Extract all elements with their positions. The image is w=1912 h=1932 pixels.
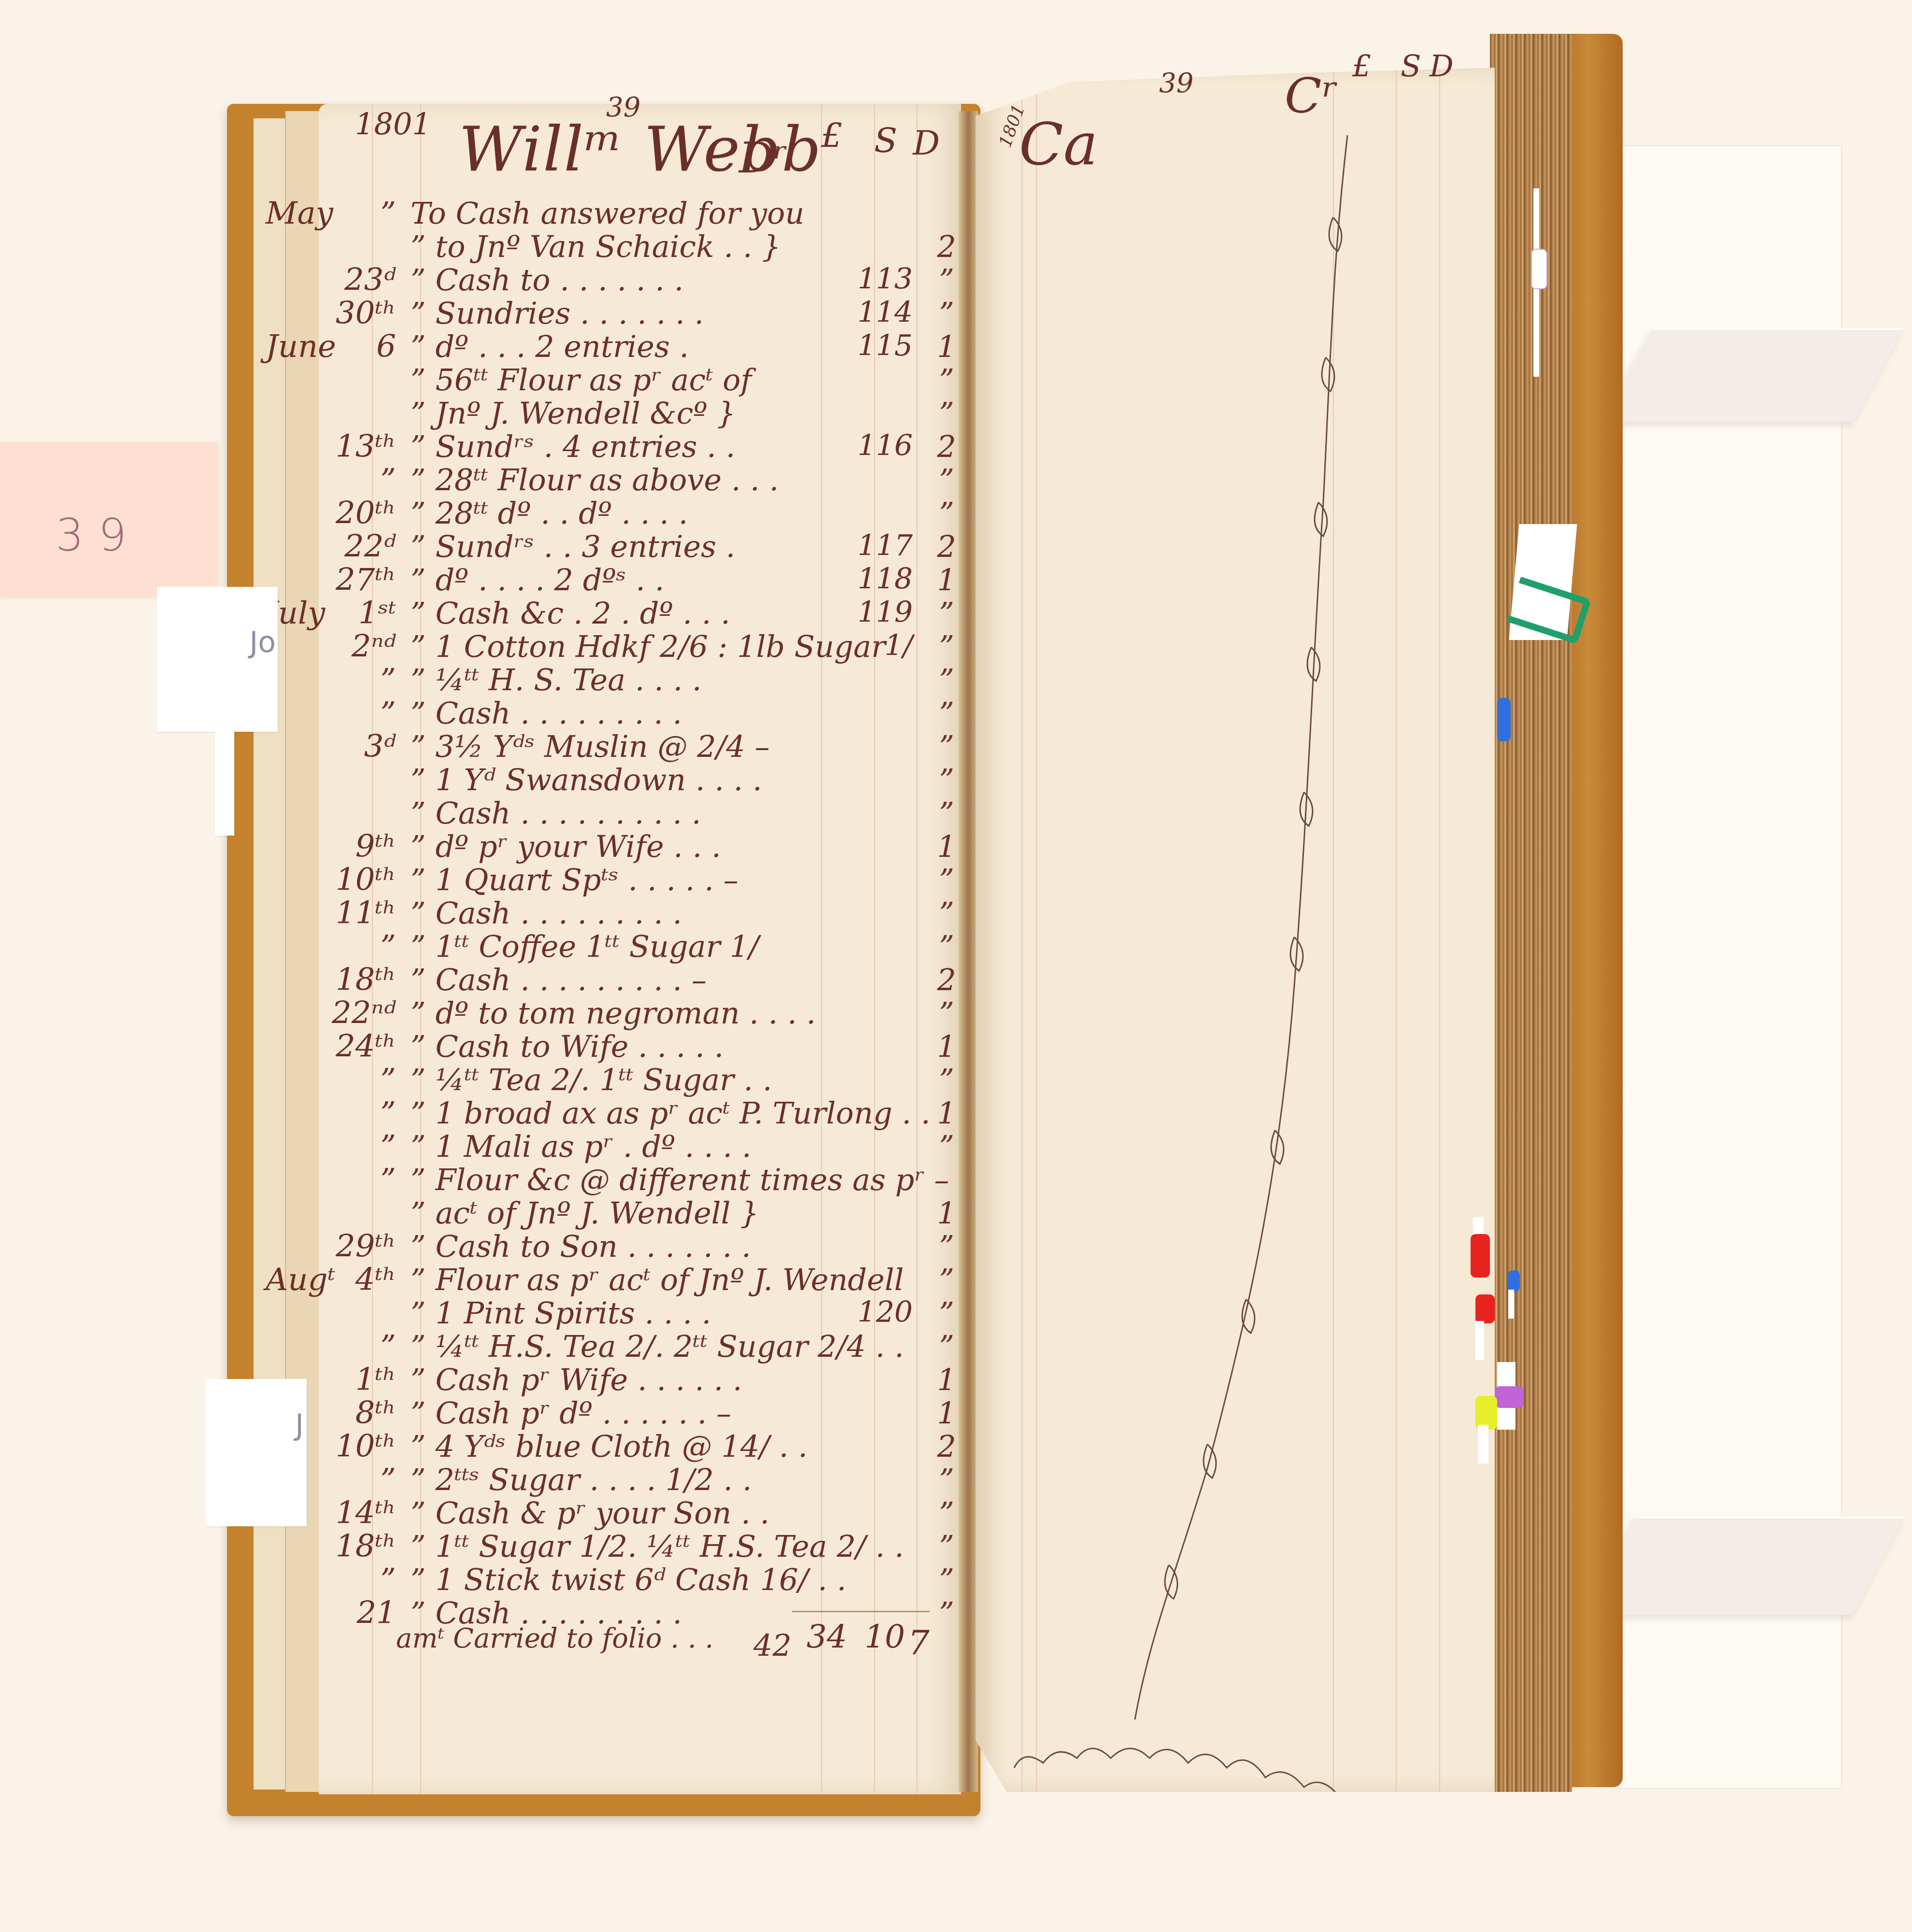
entry-description: ” 1 Quart Spᵗˢ . . . . . –	[411, 862, 738, 897]
entry-description: ” 28ᵗᵗ Flour as above . . .	[411, 462, 779, 497]
blue-clip-icon-2	[1508, 1270, 1520, 1292]
entry-description: ” dº pʳ your Wife . . .	[411, 829, 721, 864]
entry-description: ” 1 Mali as pʳ . dº . . . .	[411, 1129, 751, 1164]
sticky-note: 39	[0, 442, 217, 597]
entry-description: To Cash answered for you	[411, 196, 805, 231]
entry-day: 1ˢᵗ	[328, 596, 396, 631]
entry-description: ” Cash to . . . . . . .	[411, 262, 683, 298]
entry-day: 1ᵗʰ	[328, 1362, 396, 1398]
red-clip-icon	[1471, 1234, 1490, 1278]
debit-label: Dʳ	[739, 133, 788, 183]
display-stand-shelf-top	[1603, 328, 1904, 422]
entry-description: ” dº . . . . 2 dºˢ . .	[411, 562, 664, 597]
entry-day: 10ᵗʰ	[328, 862, 396, 898]
red-clip-icon-2	[1475, 1294, 1495, 1323]
pounds-header: £	[821, 116, 843, 156]
entry-description: ” dº . . . 2 entries .	[411, 329, 689, 364]
total-pence: 7	[908, 1623, 930, 1662]
entry-description: ” Cash & pʳ your Son . .	[411, 1495, 769, 1531]
entry-day: 21	[328, 1595, 396, 1631]
entry-description: ” ¼ᵗᵗ H.S. Tea 2/. 2ᵗᵗ Sugar 2/4 . .	[411, 1329, 904, 1364]
blue-clip-flag	[1508, 1290, 1514, 1319]
entry-day: ”	[328, 1062, 396, 1098]
entry-description: ” 1ᵗᵗ Sugar 1/2. ¼ᵗᵗ H.S. Tea 2/ . .	[411, 1529, 904, 1564]
display-stand-shelf-bottom	[1582, 1517, 1905, 1615]
entry-folio: 116	[850, 429, 913, 463]
entry-day: 30ᵗʰ	[328, 296, 396, 331]
entry-day: 6	[328, 329, 396, 365]
entry-folio: 120	[850, 1295, 913, 1329]
paper-tab-upper: Jo	[157, 587, 278, 732]
entry-description: ” Jnº J. Wendell &cº }	[411, 396, 736, 431]
entry-day: 11ᵗʰ	[328, 895, 396, 931]
entry-description: ” 4 Yᵈˢ blue Cloth @ 14/ . .	[411, 1429, 807, 1464]
paper-tab-upper-label: Jo	[250, 625, 276, 659]
entry-description: ” Cash pʳ Wife . . . . . .	[411, 1362, 742, 1397]
total-pounds: 34	[807, 1618, 847, 1655]
paper-tab-lower: J	[205, 1379, 307, 1526]
entry-description: ” Cash to Wife . . . . .	[411, 1029, 723, 1064]
entry-description: ” 1ᵗᵗ Coffee 1ᵗᵗ Sugar 1/	[411, 929, 759, 964]
total-rule	[792, 1611, 930, 1612]
entry-description: ” Cash &c . 2 . dº . . .	[411, 596, 730, 631]
paper-tab-lower-label: J	[295, 1408, 304, 1442]
entry-description: ” Cash . . . . . . . . .	[411, 696, 682, 731]
cancellation-flourish	[976, 68, 1495, 1792]
white-clip-icon	[1531, 249, 1547, 289]
entry-day: 27ᵗʰ	[328, 562, 396, 598]
entry-description: ” Flour &c @ different times as pʳ –	[411, 1162, 949, 1197]
entry-folio: 1/	[850, 629, 913, 663]
total-folio: 42	[753, 1628, 792, 1663]
entry-day: 3ᵈ	[328, 729, 396, 765]
blue-clip-icon	[1497, 698, 1511, 741]
entry-day: ”	[328, 1095, 396, 1131]
entry-description: ” ¼ᵗᵗ Tea 2/. 1ᵗᵗ Sugar . .	[411, 1062, 772, 1097]
entry-day: ”	[328, 1562, 396, 1598]
entry-description: ” ¼ᵗᵗ H. S. Tea . . . .	[411, 662, 702, 697]
ledger-entries: May”To Cash answered for you” to Jnº Van…	[246, 196, 971, 1741]
entry-description: ” 1 broad ax as pʳ acᵗ P. Turlong . .	[411, 1095, 930, 1131]
entry-description: ” Flour as pʳ acᵗ of Jnº J. Wendell	[411, 1262, 904, 1297]
entry-day: ”	[328, 462, 396, 498]
entry-day: 10ᵗʰ	[328, 1429, 396, 1464]
entry-folio: 114	[850, 296, 913, 329]
entry-day: 22ⁿᵈ	[328, 995, 396, 1031]
entry-description: ” Cash . . . . . . . . .	[411, 895, 682, 931]
entry-day: 29ᵗʰ	[328, 1229, 396, 1264]
entry-folio: 119	[850, 596, 913, 629]
sticky-note-label: 39	[56, 510, 141, 561]
left-page-content: 1801 39 Willᵐ Webb Dʳ £ S D May”To Cash …	[309, 97, 985, 1787]
entry-day: 18ᵗʰ	[328, 1529, 396, 1564]
entry-description: ” 1 Pint Spirits . . . .	[411, 1295, 711, 1331]
right-page-content: 1801 Ca 39 Cʳ £ S D	[976, 68, 1495, 1792]
entry-description: ” Cash pʳ dº . . . . . . –	[411, 1395, 731, 1431]
entry-folio: 118	[850, 562, 913, 596]
paper-tab-upper-strip	[215, 724, 234, 836]
entry-day: ”	[328, 1462, 396, 1498]
entry-day: 8ᵗʰ	[328, 1395, 396, 1431]
entry-day: 9ᵗʰ	[328, 829, 396, 865]
entry-folio: 117	[850, 529, 913, 563]
entry-day: 14ᵗʰ	[328, 1495, 396, 1531]
entry-description: ” 1 Yᵈ Swansdown . . . .	[411, 762, 762, 797]
entry-description: ” Sundʳˢ . . 3 entries .	[411, 529, 735, 564]
entry-day: 4ᵗʰ	[328, 1262, 396, 1298]
entry-day: ”	[328, 1162, 396, 1198]
entry-day: 13ᵗʰ	[328, 429, 396, 465]
entry-description: ” 1 Stick twist 6ᵈ Cash 16/ . .	[411, 1562, 846, 1597]
entry-day: 2ⁿᵈ	[328, 629, 396, 665]
entry-day: 20ᵗʰ	[328, 496, 396, 531]
entry-description: ” Cash . . . . . . . . . .	[411, 796, 701, 831]
entry-description: ” acᵗ of Jnº J. Wendell }	[411, 1195, 759, 1231]
yellow-clip-flag	[1478, 1425, 1488, 1463]
red-clip-flag-2	[1475, 1321, 1484, 1360]
entry-description: ” Sundries . . . . . . .	[411, 296, 704, 331]
entry-day: 22ᵈ	[328, 529, 396, 565]
entry-folio: 115	[850, 329, 913, 363]
total-shillings: 10	[864, 1618, 905, 1655]
entry-description: ” 56ᵗᵗ Flour as pʳ acᵗ of	[411, 362, 751, 398]
entry-description: ” Cash . . . . . . . . . –	[411, 962, 707, 997]
shillings-header: S	[874, 121, 897, 160]
purple-clip-icon	[1495, 1386, 1524, 1408]
total-label: amᵗ Carried to folio . . .	[396, 1623, 713, 1654]
entry-description: ” 1 Cotton Hdkf 2/6 : 1lb Sugar	[411, 629, 886, 664]
entry-description: ” Cash to Son . . . . . . .	[411, 1229, 751, 1264]
entry-day: ”	[328, 696, 396, 731]
entry-description: ” dº to tom negroman . . . .	[411, 995, 816, 1031]
pence-header: D	[913, 123, 940, 163]
entry-day: 24ᵗʰ	[328, 1029, 396, 1065]
entry-day: 23ᵈ	[328, 262, 396, 298]
entry-folio: 113	[850, 262, 913, 296]
entry-day: ”	[328, 1329, 396, 1364]
entry-day: ”	[328, 196, 396, 231]
entry-description: ” to Jnº Van Schaick . . }	[411, 229, 781, 264]
entry-description: ” Sundʳˢ . 4 entries . .	[411, 429, 735, 464]
ledger-cover-right	[1565, 34, 1623, 1787]
entry-description: ” 2ᵗᵗˢ Sugar . . . . 1/2 . .	[411, 1462, 752, 1497]
ledger-page-edges	[1490, 34, 1572, 1792]
entry-description: ” 3½ Yᵈˢ Muslin @ 2/4 –	[411, 729, 770, 764]
entry-description: ” 28ᵗᵗ dº . . dº . . . .	[411, 496, 688, 531]
entry-day: ”	[328, 929, 396, 965]
entry-day: ”	[328, 662, 396, 698]
book-gutter	[959, 111, 978, 1792]
year-heading: 1801	[355, 106, 431, 142]
entry-day: ”	[328, 1129, 396, 1165]
entry-day: 18ᵗʰ	[328, 962, 396, 998]
